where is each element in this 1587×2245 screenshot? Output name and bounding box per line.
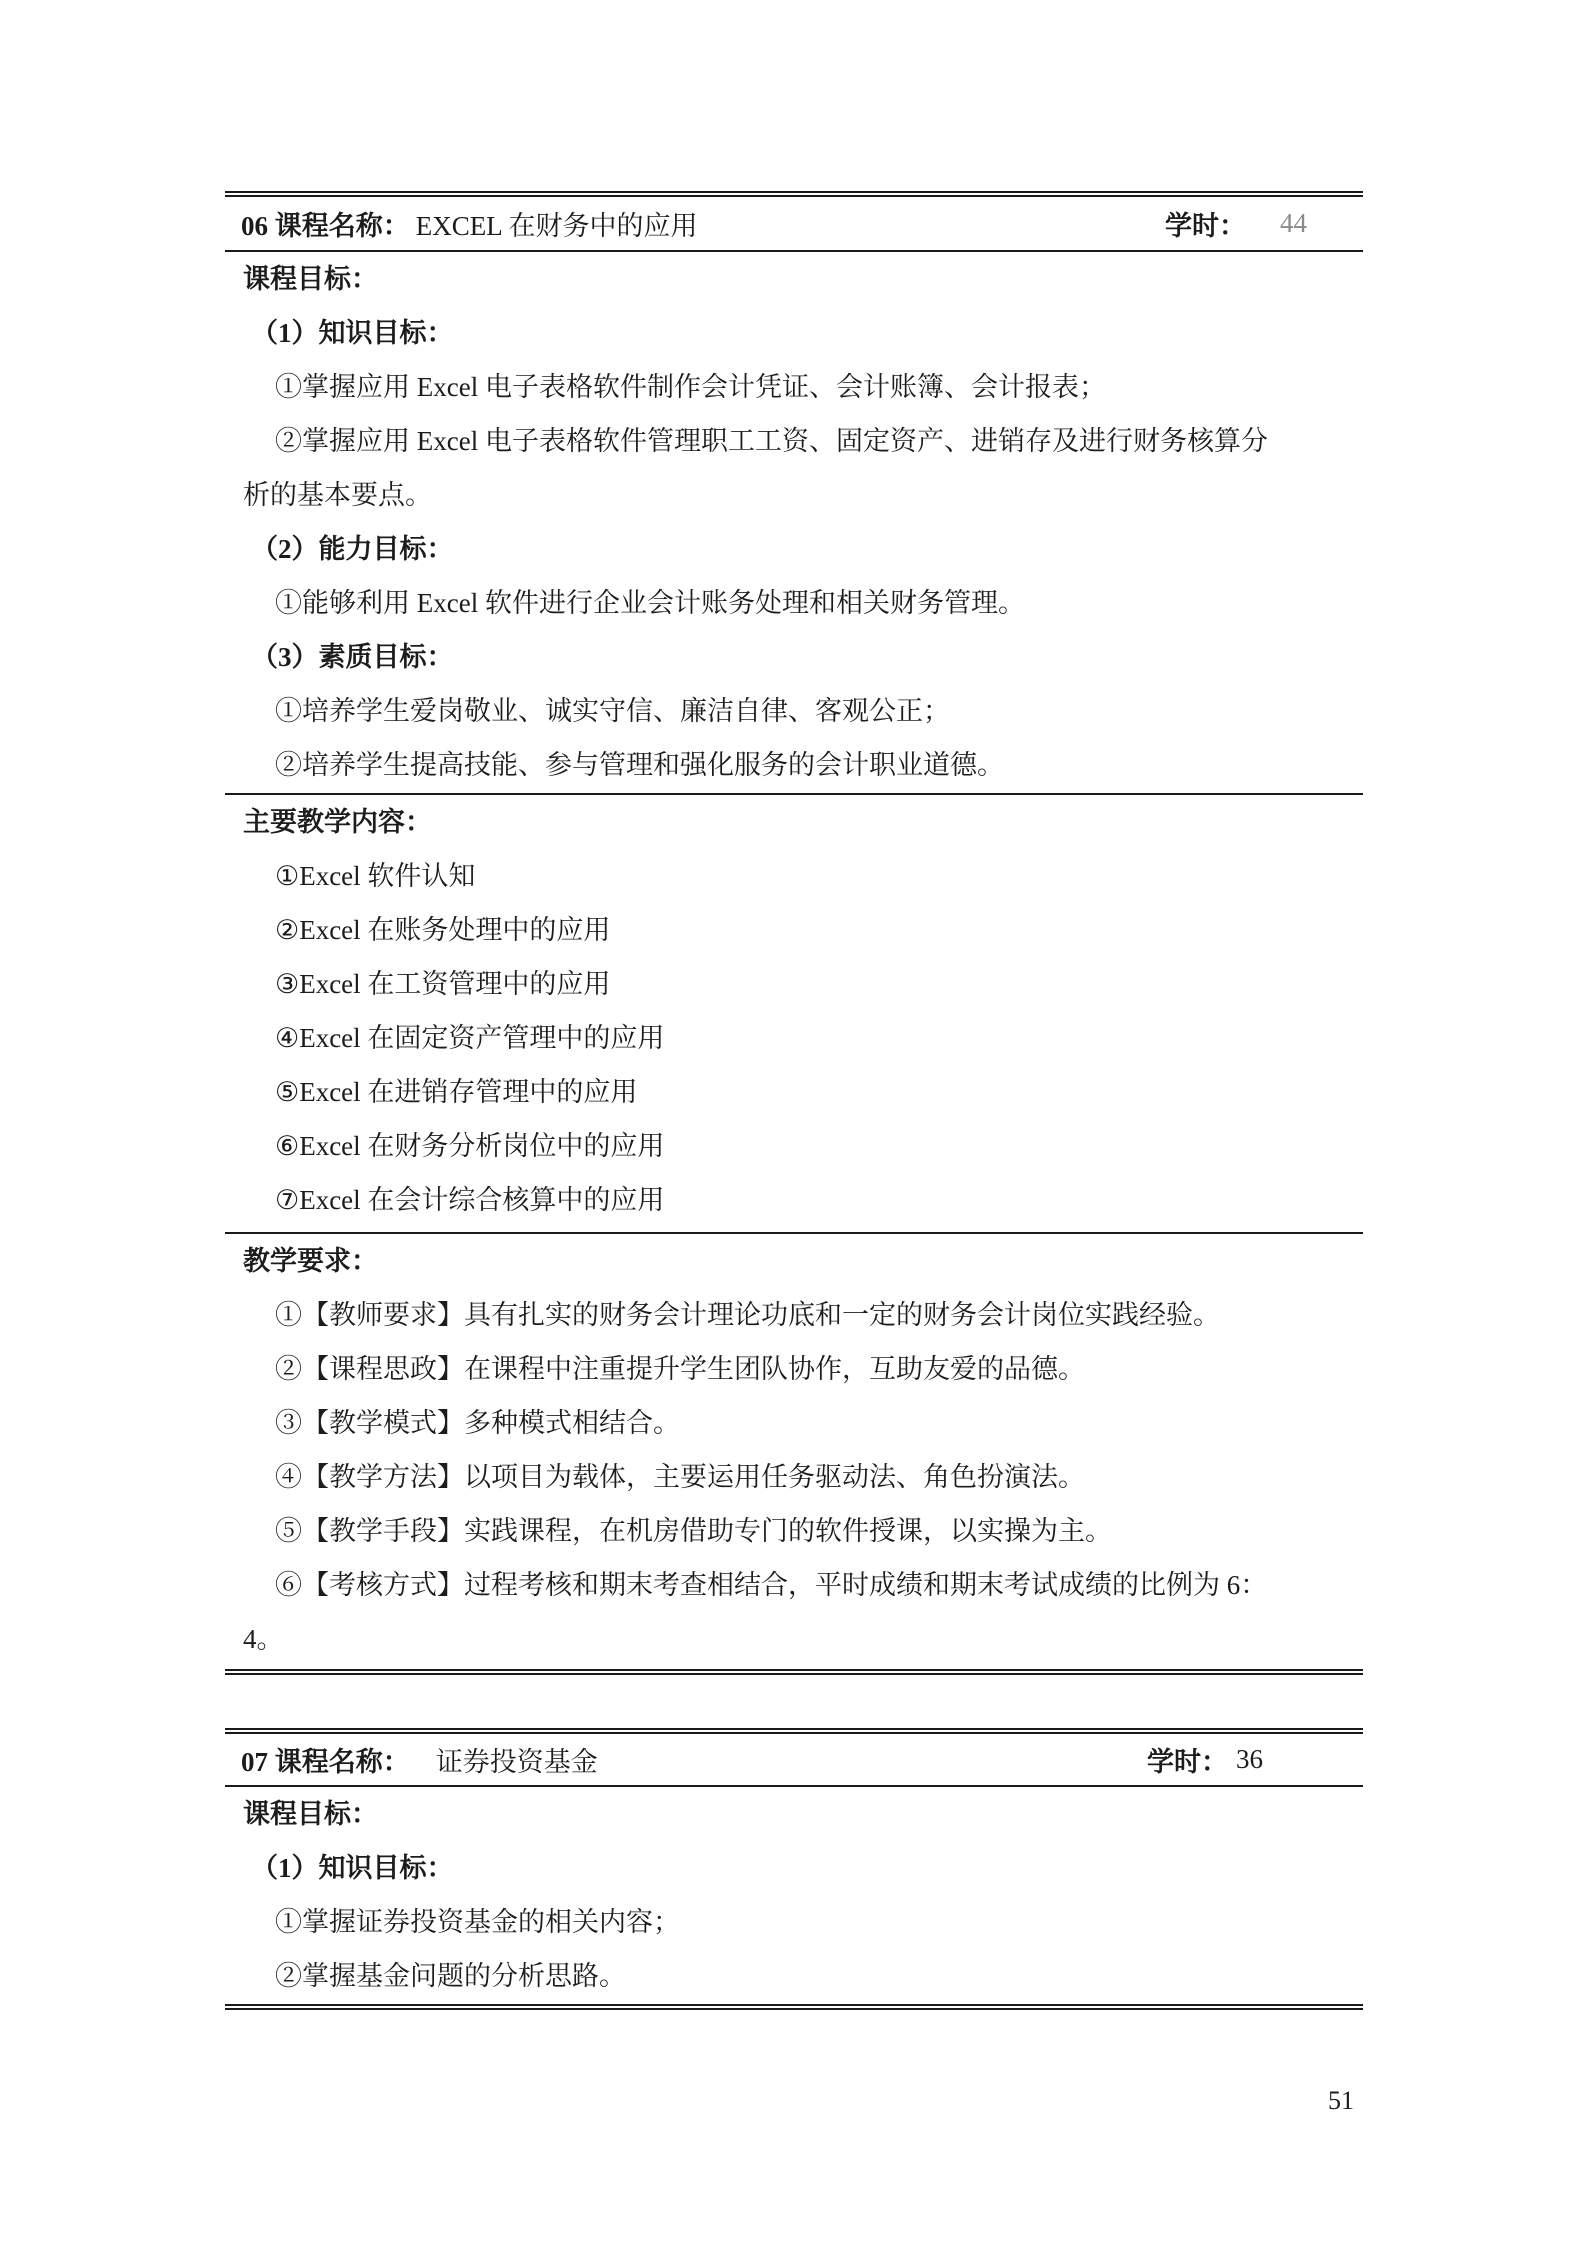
course-07-title: 证券投资基金 [436, 1740, 598, 1779]
course-07-hours-value: 36 [1236, 1744, 1263, 1775]
objectives-heading: 课程目标： [243, 1787, 1347, 1841]
course-06-header-row: 06 课程名称： EXCEL 在财务中的应用 学时： 44 [225, 197, 1363, 252]
course-06-hours-label: 学时： [1165, 204, 1246, 243]
requirement-item: ④【教学方法】以项目为载体，主要运用任务驱动法、角色扮演法。 [243, 1450, 1347, 1504]
objective-line: ①培养学生爱岗敬业、诚实守信、廉洁自律、客观公正； [243, 684, 1347, 738]
course-06-content-section: 主要教学内容： ①Excel 软件认知 ②Excel 在账务处理中的应用 ③Ex… [225, 793, 1363, 1232]
content-item: ⑤Excel 在进销存管理中的应用 [243, 1065, 1347, 1119]
requirement-item: ②【课程思政】在课程中注重提升学生团队协作，互助友爱的品德。 [243, 1342, 1347, 1396]
content-item: ①Excel 软件认知 [243, 849, 1347, 903]
course-06-title: EXCEL 在财务中的应用 [416, 204, 698, 243]
course-07-block: 07 课程名称： 证券投资基金 学时： 36 课程目标： （1）知识目标： ①掌… [225, 1728, 1363, 2010]
content-item: ⑦Excel 在会计综合核算中的应用 [243, 1173, 1347, 1227]
objective-line: ①掌握应用 Excel 电子表格软件制作会计凭证、会计账簿、会计报表； [243, 360, 1347, 414]
content-item: ⑥Excel 在财务分析岗位中的应用 [243, 1119, 1347, 1173]
objective-line: ②培养学生提高技能、参与管理和强化服务的会计职业道德。 [243, 738, 1347, 792]
course-07-header-row: 07 课程名称： 证券投资基金 学时： 36 [225, 1734, 1363, 1787]
page-number: 51 [1328, 2086, 1354, 2116]
course-06-hours-value: 44 [1280, 208, 1307, 239]
course-07-objectives-section: 课程目标： （1）知识目标： ①掌握证券投资基金的相关内容； ②掌握基金问题的分… [225, 1787, 1363, 2004]
objective-sub-heading: （3）素质目标： [243, 630, 1347, 684]
requirement-item: ⑤【教学手段】实践课程，在机房借助专门的软件授课，以实操为主。 [243, 1504, 1347, 1558]
requirements-heading: 教学要求： [243, 1234, 1347, 1288]
objective-sub-heading: （2）能力目标： [243, 522, 1347, 576]
requirement-item: ③【教学模式】多种模式相结合。 [243, 1396, 1347, 1450]
content-heading: 主要教学内容： [243, 795, 1347, 849]
objective-line: ①能够利用 Excel 软件进行企业会计账务处理和相关财务管理。 [243, 576, 1347, 630]
objective-line-continuation: 析的基本要点。 [243, 468, 1347, 522]
course-07-number-label: 07 课程名称： [241, 1740, 410, 1779]
course-07-hours-label: 学时： [1147, 1740, 1228, 1779]
course-06-objectives-section: 课程目标： （1）知识目标： ①掌握应用 Excel 电子表格软件制作会计凭证、… [225, 252, 1363, 793]
objective-sub-heading: （1）知识目标： [243, 1841, 1347, 1895]
course-06-requirements-section: 教学要求： ①【教师要求】具有扎实的财务会计理论功底和一定的财务会计岗位实践经验… [225, 1232, 1363, 1669]
requirement-item-continuation: 4。 [243, 1612, 1347, 1666]
objective-line: ②掌握应用 Excel 电子表格软件管理职工工资、固定资产、进销存及进行财务核算… [243, 414, 1347, 468]
objective-line: ②掌握基金问题的分析思路。 [243, 1949, 1347, 2003]
requirement-item: ①【教师要求】具有扎实的财务会计理论功底和一定的财务会计岗位实践经验。 [243, 1288, 1347, 1342]
requirement-item: ⑥【考核方式】过程考核和期末考查相结合，平时成绩和期末考试成绩的比例为 6： [243, 1558, 1347, 1612]
objectives-heading: 课程目标： [243, 252, 1347, 306]
objective-sub-heading: （1）知识目标： [243, 306, 1347, 360]
objective-line: ①掌握证券投资基金的相关内容； [243, 1895, 1347, 1949]
course-06-block: 06 课程名称： EXCEL 在财务中的应用 学时： 44 课程目标： （1）知… [225, 191, 1363, 1675]
content-item: ②Excel 在账务处理中的应用 [243, 903, 1347, 957]
content-item: ③Excel 在工资管理中的应用 [243, 957, 1347, 1011]
course-06-number-label: 06 课程名称： [241, 204, 410, 243]
content-item: ④Excel 在固定资产管理中的应用 [243, 1011, 1347, 1065]
